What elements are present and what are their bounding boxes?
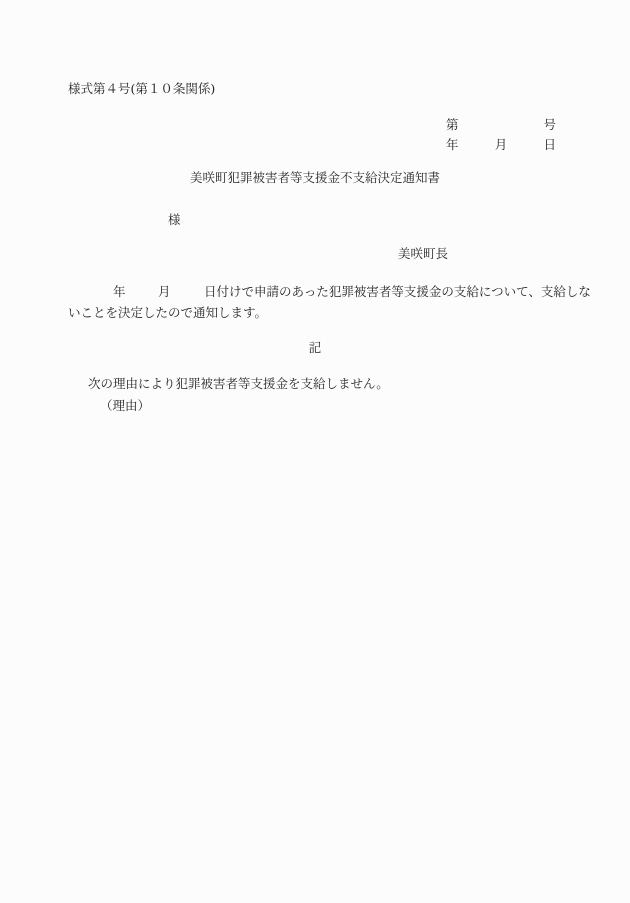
document-number-suffix: 号 bbox=[543, 117, 556, 137]
sender-title: 美咲町長 bbox=[398, 246, 448, 262]
date-year-label: 年 bbox=[446, 137, 459, 157]
document-page: 様式第４号(第１０条関係) 第 号 年 月 日 美咲町犯罪被害者等支援金不支給決… bbox=[0, 0, 630, 903]
body-paragraph-line-2: いことを決定したので通知します。 bbox=[68, 305, 267, 321]
body-date-month-label: 月 bbox=[158, 284, 171, 300]
date-month-label: 月 bbox=[495, 137, 508, 157]
header-number-date-block: 第 号 年 月 日 bbox=[446, 117, 556, 156]
document-date-line: 年 月 日 bbox=[446, 137, 556, 157]
form-number: 様式第４号(第１０条関係) bbox=[68, 81, 215, 97]
addressee-honorific: 様 bbox=[168, 212, 181, 228]
body-paragraph-line-1: 日付けで申請のあった犯罪被害者等支援金の支給について、支給しな bbox=[204, 284, 591, 300]
document-title: 美咲町犯罪被害者等支援金不支給決定通知書 bbox=[0, 170, 630, 186]
date-day-label: 日 bbox=[543, 137, 556, 157]
reason-statement: 次の理由により犯罪被害者等支援金を支給しません。 bbox=[88, 376, 389, 392]
document-number-prefix: 第 bbox=[446, 117, 459, 137]
reason-label: （理由） bbox=[100, 398, 150, 414]
record-heading: 記 bbox=[0, 340, 630, 356]
body-date-year-label: 年 bbox=[113, 284, 126, 300]
document-number-line: 第 号 bbox=[446, 117, 556, 137]
